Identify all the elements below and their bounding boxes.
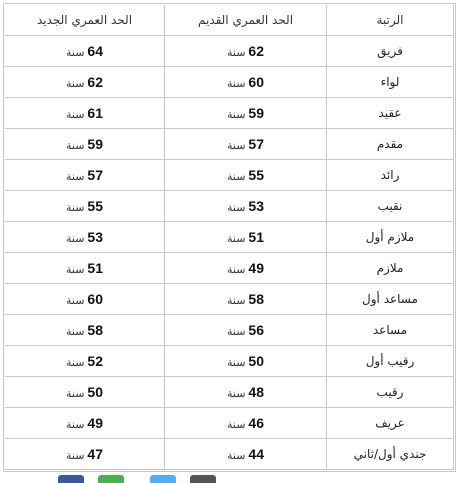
table-row: جندي أول/ثاني44سنة47سنة: [5, 439, 454, 470]
rank-name: مساعد أول: [362, 292, 418, 306]
age-unit: سنة: [227, 139, 245, 152]
age-value: 44سنة: [227, 446, 264, 462]
share-button-facebook[interactable]: [58, 475, 84, 480]
age-unit: سنة: [66, 325, 84, 338]
age-number: 53: [248, 198, 264, 214]
age-number: 52: [87, 353, 103, 369]
rank-cell: عريف: [327, 408, 454, 439]
age-unit: سنة: [227, 449, 245, 462]
age-number: 53: [87, 229, 103, 245]
rank-name: فريق: [377, 44, 403, 58]
age-number: 50: [248, 353, 264, 369]
age-value: 62سنة: [66, 74, 103, 90]
rank-name: جندي أول/ثاني: [354, 447, 427, 461]
age-value: 57سنة: [227, 136, 264, 152]
age-unit: سنة: [66, 232, 84, 245]
age-unit: سنة: [66, 201, 84, 214]
age-unit: سنة: [227, 77, 245, 90]
age-number: 62: [87, 74, 103, 90]
rank-name: نقيب: [378, 199, 403, 213]
new-limit-cell: 62سنة: [5, 67, 165, 98]
old-limit-cell: 51سنة: [165, 222, 327, 253]
age-number: 46: [248, 415, 264, 431]
rank-name: عريف: [375, 416, 405, 430]
age-number: 49: [248, 260, 264, 276]
rank-cell: ملازم أول: [327, 222, 454, 253]
rank-cell: لواء: [327, 67, 454, 98]
table-row: مساعد أول58سنة60سنة: [5, 284, 454, 315]
rank-name: رائد: [381, 168, 400, 182]
table-row: رائد55سنة57سنة: [5, 160, 454, 191]
age-value: 51سنة: [66, 260, 103, 276]
age-value: 52سنة: [66, 353, 103, 369]
age-unit: سنة: [66, 108, 84, 121]
age-number: 51: [248, 229, 264, 245]
old-limit-cell: 55سنة: [165, 160, 327, 191]
new-limit-cell: 52سنة: [5, 346, 165, 377]
age-value: 62سنة: [227, 43, 264, 59]
rank-name: مقدم: [377, 137, 403, 151]
rank-cell: جندي أول/ثاني: [327, 439, 454, 470]
age-unit: سنة: [227, 46, 245, 59]
table-body: فريق62سنة64سنةلواء60سنة62سنةعقيد59سنة61س…: [5, 36, 454, 470]
age-number: 61: [87, 105, 103, 121]
age-value: 61سنة: [66, 105, 103, 121]
age-unit: سنة: [227, 418, 245, 431]
rank-name: لواء: [381, 75, 400, 89]
age-value: 55سنة: [66, 198, 103, 214]
age-value: 53سنة: [227, 198, 264, 214]
rank-cell: رقيب: [327, 377, 454, 408]
old-limit-cell: 44سنة: [165, 439, 327, 470]
rank-cell: مقدم: [327, 129, 454, 160]
rank-name: رقيب: [377, 385, 404, 399]
new-limit-cell: 59سنة: [5, 129, 165, 160]
rank-cell: رقيب أول: [327, 346, 454, 377]
rank-cell: مساعد أول: [327, 284, 454, 315]
age-unit: سنة: [66, 356, 84, 369]
table-row: نقيب53سنة55سنة: [5, 191, 454, 222]
share-button-email[interactable]: [190, 475, 216, 480]
age-unit: سنة: [66, 294, 84, 307]
age-number: 50: [87, 384, 103, 400]
table-row: مقدم57سنة59سنة: [5, 129, 454, 160]
header-new-limit: الحد العمري الجديد: [5, 5, 165, 36]
rank-name: ملازم أول: [366, 230, 414, 244]
old-limit-cell: 48سنة: [165, 377, 327, 408]
header-old-limit: الحد العمري القديم: [165, 5, 327, 36]
new-limit-cell: 64سنة: [5, 36, 165, 67]
old-limit-cell: 49سنة: [165, 253, 327, 284]
age-number: 51: [87, 260, 103, 276]
table-row: لواء60سنة62سنة: [5, 67, 454, 98]
rank-cell: عقيد: [327, 98, 454, 129]
age-number: 56: [248, 322, 264, 338]
age-number: 47: [87, 446, 103, 462]
share-button-whatsapp[interactable]: [98, 475, 124, 480]
retirement-age-table: الرتبة الحد العمري القديم الحد العمري ال…: [3, 3, 456, 472]
table-row: عريف46سنة49سنة: [5, 408, 454, 439]
age-number: 48: [248, 384, 264, 400]
old-limit-cell: 60سنة: [165, 67, 327, 98]
old-limit-cell: 46سنة: [165, 408, 327, 439]
age-number: 60: [248, 74, 264, 90]
table-row: ملازم أول51سنة53سنة: [5, 222, 454, 253]
table-row: فريق62سنة64سنة: [5, 36, 454, 67]
old-limit-cell: 59سنة: [165, 98, 327, 129]
age-value: 49سنة: [227, 260, 264, 276]
age-number: 59: [248, 105, 264, 121]
age-unit: سنة: [66, 139, 84, 152]
age-unit: سنة: [66, 77, 84, 90]
rank-cell: مساعد: [327, 315, 454, 346]
age-unit: سنة: [66, 418, 84, 431]
age-value: 57سنة: [66, 167, 103, 183]
new-limit-cell: 57سنة: [5, 160, 165, 191]
rank-name: مساعد: [373, 323, 407, 337]
age-number: 59: [87, 136, 103, 152]
age-unit: سنة: [66, 170, 84, 183]
age-number: 64: [87, 43, 103, 59]
new-limit-cell: 55سنة: [5, 191, 165, 222]
rank-cell: ملازم: [327, 253, 454, 284]
age-unit: سنة: [227, 201, 245, 214]
age-number: 55: [248, 167, 264, 183]
age-value: 50سنة: [66, 384, 103, 400]
age-value: 59سنة: [66, 136, 103, 152]
age-value: 53سنة: [66, 229, 103, 245]
old-limit-cell: 58سنة: [165, 284, 327, 315]
table-row: رقيب48سنة50سنة: [5, 377, 454, 408]
age-unit: سنة: [227, 232, 245, 245]
rank-cell: نقيب: [327, 191, 454, 222]
old-limit-cell: 57سنة: [165, 129, 327, 160]
old-limit-cell: 53سنة: [165, 191, 327, 222]
age-number: 58: [248, 291, 264, 307]
age-number: 55: [87, 198, 103, 214]
age-unit: سنة: [227, 325, 245, 338]
age-value: 56سنة: [227, 322, 264, 338]
table-row: مساعد56سنة58سنة: [5, 315, 454, 346]
new-limit-cell: 61سنة: [5, 98, 165, 129]
age-value: 60سنة: [227, 74, 264, 90]
age-number: 44: [248, 446, 264, 462]
age-number: 58: [87, 322, 103, 338]
table-header-row: الرتبة الحد العمري القديم الحد العمري ال…: [5, 5, 454, 36]
new-limit-cell: 51سنة: [5, 253, 165, 284]
new-limit-cell: 53سنة: [5, 222, 165, 253]
table-row: عقيد59سنة61سنة: [5, 98, 454, 129]
table-container: الرتبة الحد العمري القديم الحد العمري ال…: [3, 3, 454, 472]
age-value: 46سنة: [227, 415, 264, 431]
age-value: 48سنة: [227, 384, 264, 400]
age-number: 57: [248, 136, 264, 152]
age-unit: سنة: [227, 356, 245, 369]
age-unit: سنة: [66, 263, 84, 276]
age-unit: سنة: [66, 449, 84, 462]
old-limit-cell: 56سنة: [165, 315, 327, 346]
age-value: 51سنة: [227, 229, 264, 245]
rank-name: ملازم: [377, 261, 404, 275]
age-value: 59سنة: [227, 105, 264, 121]
age-unit: سنة: [227, 108, 245, 121]
age-unit: سنة: [66, 46, 84, 59]
age-number: 57: [87, 167, 103, 183]
age-value: 58سنة: [227, 291, 264, 307]
age-number: 49: [87, 415, 103, 431]
age-value: 50سنة: [227, 353, 264, 369]
new-limit-cell: 60سنة: [5, 284, 165, 315]
age-value: 60سنة: [66, 291, 103, 307]
age-unit: سنة: [227, 170, 245, 183]
age-number: 62: [248, 43, 264, 59]
new-limit-cell: 50سنة: [5, 377, 165, 408]
age-value: 49سنة: [66, 415, 103, 431]
rank-cell: رائد: [327, 160, 454, 191]
age-value: 64سنة: [66, 43, 103, 59]
rank-cell: فريق: [327, 36, 454, 67]
rank-name: عقيد: [378, 106, 401, 120]
age-unit: سنة: [66, 387, 84, 400]
age-value: 55سنة: [227, 167, 264, 183]
old-limit-cell: 62سنة: [165, 36, 327, 67]
age-value: 47سنة: [66, 446, 103, 462]
age-unit: سنة: [227, 387, 245, 400]
rank-name: رقيب أول: [366, 354, 415, 368]
new-limit-cell: 47سنة: [5, 439, 165, 470]
age-unit: سنة: [227, 294, 245, 307]
table-row: رقيب أول50سنة52سنة: [5, 346, 454, 377]
new-limit-cell: 49سنة: [5, 408, 165, 439]
age-unit: سنة: [227, 263, 245, 276]
table-row: ملازم49سنة51سنة: [5, 253, 454, 284]
share-button-twitter[interactable]: [150, 475, 176, 480]
age-number: 60: [87, 291, 103, 307]
old-limit-cell: 50سنة: [165, 346, 327, 377]
header-rank: الرتبة: [327, 5, 454, 36]
age-value: 58سنة: [66, 322, 103, 338]
share-bar: [0, 474, 458, 480]
new-limit-cell: 58سنة: [5, 315, 165, 346]
